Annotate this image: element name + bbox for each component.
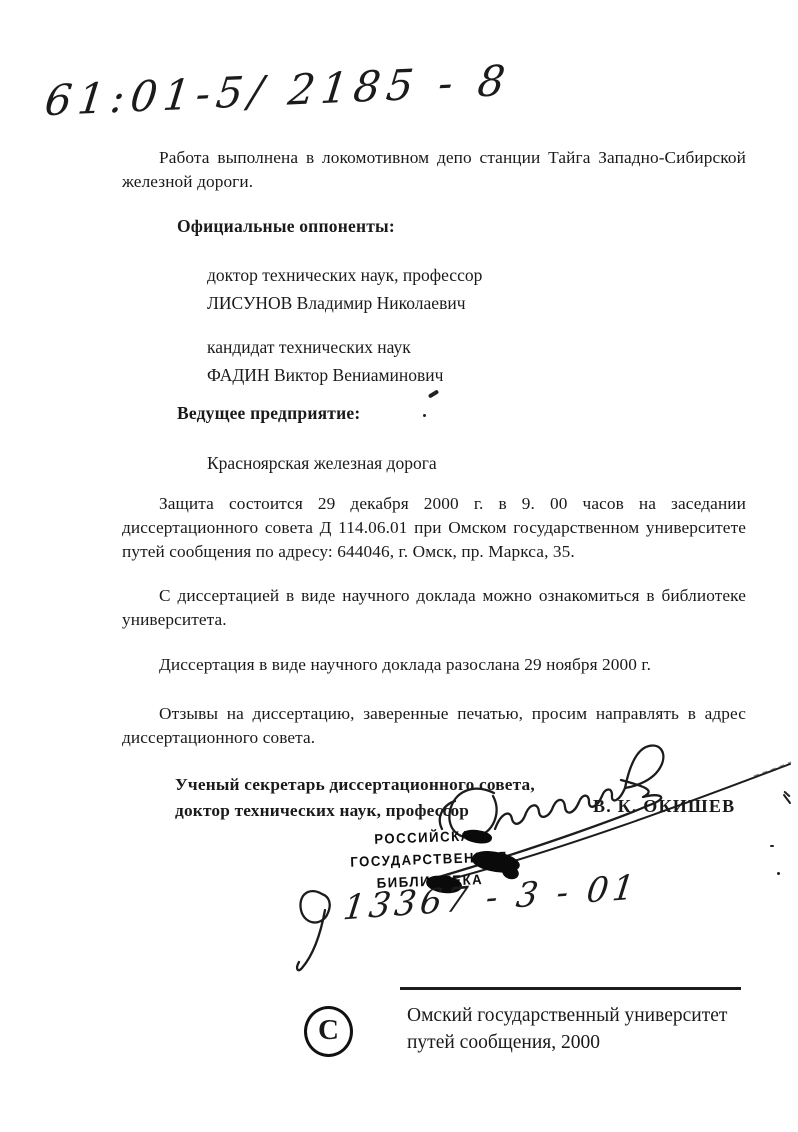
scanned-document-page: 61:01-5/ 2185 - 8 Работа выполнена в лок…	[0, 0, 798, 1132]
copyright-symbol: С	[304, 1006, 353, 1057]
opponent-1: доктор технических наук, профессор ЛИСУН…	[207, 261, 482, 317]
colophon-line-1: Омский государственный университет	[407, 1002, 727, 1029]
copyright-letter: С	[318, 1016, 339, 1045]
colophon-divider	[400, 987, 741, 990]
paragraph-work-place: Работа выполнена в локомотивном депо ста…	[122, 146, 746, 194]
opponent-2-degree: кандидат технических наук	[207, 333, 443, 361]
script-letter-glyph	[292, 882, 338, 974]
opponent-2: кандидат технических наук ФАДИН Виктор В…	[207, 333, 443, 389]
colophon-text: Омский государственный университет путей…	[407, 1002, 727, 1056]
ink-speck	[777, 872, 780, 875]
ink-speck	[423, 414, 426, 417]
heading-official-opponents: Официальные оппоненты:	[177, 216, 395, 237]
handwritten-call-number: 61:01-5/ 2185 - 8	[42, 56, 513, 126]
leading-enterprise-name: Красноярская железная дорога	[207, 449, 437, 477]
colophon-line-2: путей сообщения, 2000	[407, 1029, 727, 1056]
opponent-2-name: ФАДИН Виктор Вениаминович	[207, 361, 443, 389]
ink-speck	[770, 845, 774, 847]
heading-leading-enterprise: Ведущее предприятие:	[177, 403, 360, 424]
ink-speck	[428, 389, 439, 398]
paragraph-library-info: С диссертацией в виде научного доклада м…	[122, 584, 746, 632]
paragraph-sent-info: Диссертация в виде научного доклада разо…	[122, 653, 746, 677]
opponent-1-degree: доктор технических наук, профессор	[207, 261, 482, 289]
paragraph-defense-info: Защита состоится 29 декабря 2000 г. в 9.…	[122, 492, 746, 564]
opponent-1-name: ЛИСУНОВ Владимир Николаевич	[207, 289, 482, 317]
